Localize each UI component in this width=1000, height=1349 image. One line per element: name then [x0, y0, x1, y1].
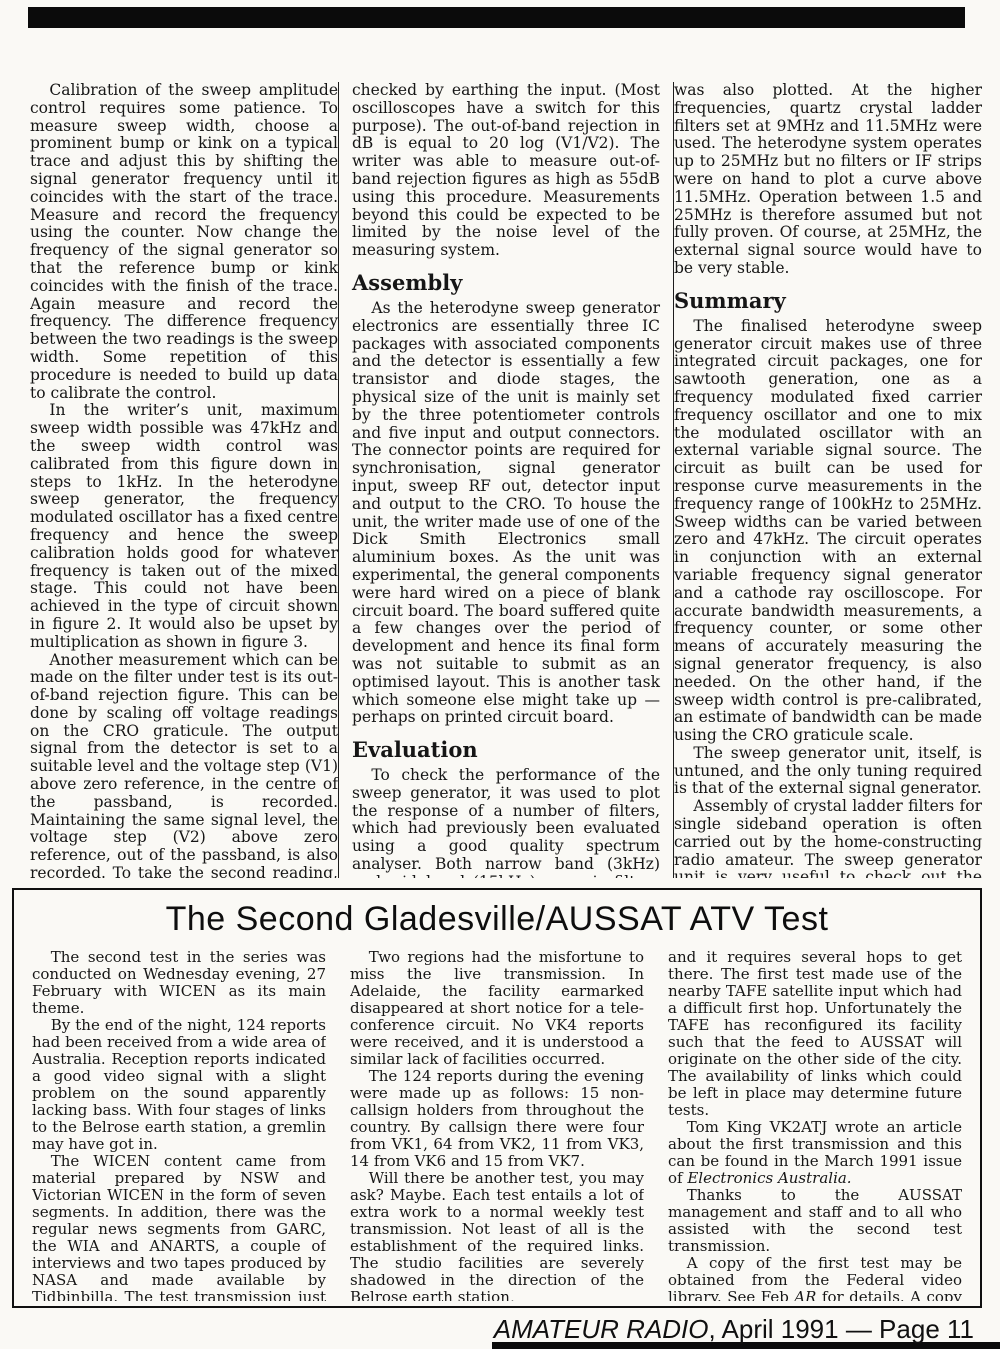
page-footer: AMATEUR RADIO, April 1991 — Page 11 — [494, 1314, 974, 1345]
boxed-article-title: The Second Gladesville/AUSSAT ATV Test — [14, 898, 980, 940]
paragraph: Calibration of the sweep amplitude contr… — [30, 82, 338, 402]
magazine-title: AMATEUR RADIO — [494, 1314, 709, 1344]
paragraph: The 124 reports during the evening were … — [350, 1068, 644, 1170]
paragraph-text: Assembly of crystal ladder filters for s… — [674, 797, 982, 878]
paragraph: The WICEN content came from material pre… — [32, 1153, 326, 1301]
main-article-column-2: checked by earthing the input. (Most osc… — [338, 82, 674, 878]
paragraph: and it requires several hops to get ther… — [668, 949, 962, 1119]
footer-issue-page: , April 1991 — Page 11 — [709, 1314, 974, 1344]
paragraph-with-citation: A copy of the first test may be obtained… — [668, 1255, 962, 1301]
paragraph: In the writer’s unit, maximum sweep widt… — [30, 402, 338, 651]
boxed-article-columns: The second test in the series was conduc… — [14, 940, 980, 1301]
magazine-page: { "main_article": { "col1": { "p1": "Cal… — [0, 0, 1000, 1349]
section-heading-summary: Summary — [674, 288, 982, 314]
section-heading-assembly: Assembly — [352, 270, 660, 296]
boxed-article-column-3: and it requires several hops to get ther… — [668, 949, 962, 1301]
boxed-article: The Second Gladesville/AUSSAT ATV Test T… — [12, 888, 982, 1308]
main-article-column-1: Calibration of the sweep amplitude contr… — [30, 82, 338, 878]
paragraph-with-citation: Tom King VK2ATJ wrote an article about t… — [668, 1119, 962, 1187]
paragraph: The sweep generator unit, itself, is unt… — [674, 745, 982, 798]
paragraph: To check the performance of the sweep ge… — [352, 767, 660, 878]
paragraph: was also plotted. At the higher frequenc… — [674, 82, 982, 278]
paragraph: Thanks to the AUSSAT management and staf… — [668, 1187, 962, 1255]
main-article-column-3: was also plotted. At the higher frequenc… — [674, 82, 982, 878]
paragraph: The finalised heterodyne sweep generator… — [674, 318, 982, 745]
scan-artifact-top-bar — [28, 7, 965, 28]
paragraph: Will there be another test, you may ask?… — [350, 1170, 644, 1301]
citation-title: Electronics Australia. — [687, 1169, 851, 1187]
paragraph: By the end of the night, 124 reports had… — [32, 1017, 326, 1153]
paragraph-with-end-mark: Assembly of crystal ladder filters for s… — [674, 798, 982, 878]
section-heading-evaluation: Evaluation — [352, 737, 660, 763]
paragraph: Another measurement which can be made on… — [30, 652, 338, 879]
boxed-article-column-1: The second test in the series was conduc… — [32, 949, 326, 1301]
boxed-article-column-2: Two regions had the misfortune to miss t… — [350, 949, 644, 1301]
main-article: Calibration of the sweep amplitude contr… — [30, 82, 982, 878]
paragraph: As the heterodyne sweep generator electr… — [352, 300, 660, 727]
paragraph: checked by earthing the input. (Most osc… — [352, 82, 660, 260]
citation-abbrev: AR — [794, 1288, 816, 1301]
paragraph: The second test in the series was conduc… — [32, 949, 326, 1017]
paragraph: Two regions had the misfortune to miss t… — [350, 949, 644, 1068]
